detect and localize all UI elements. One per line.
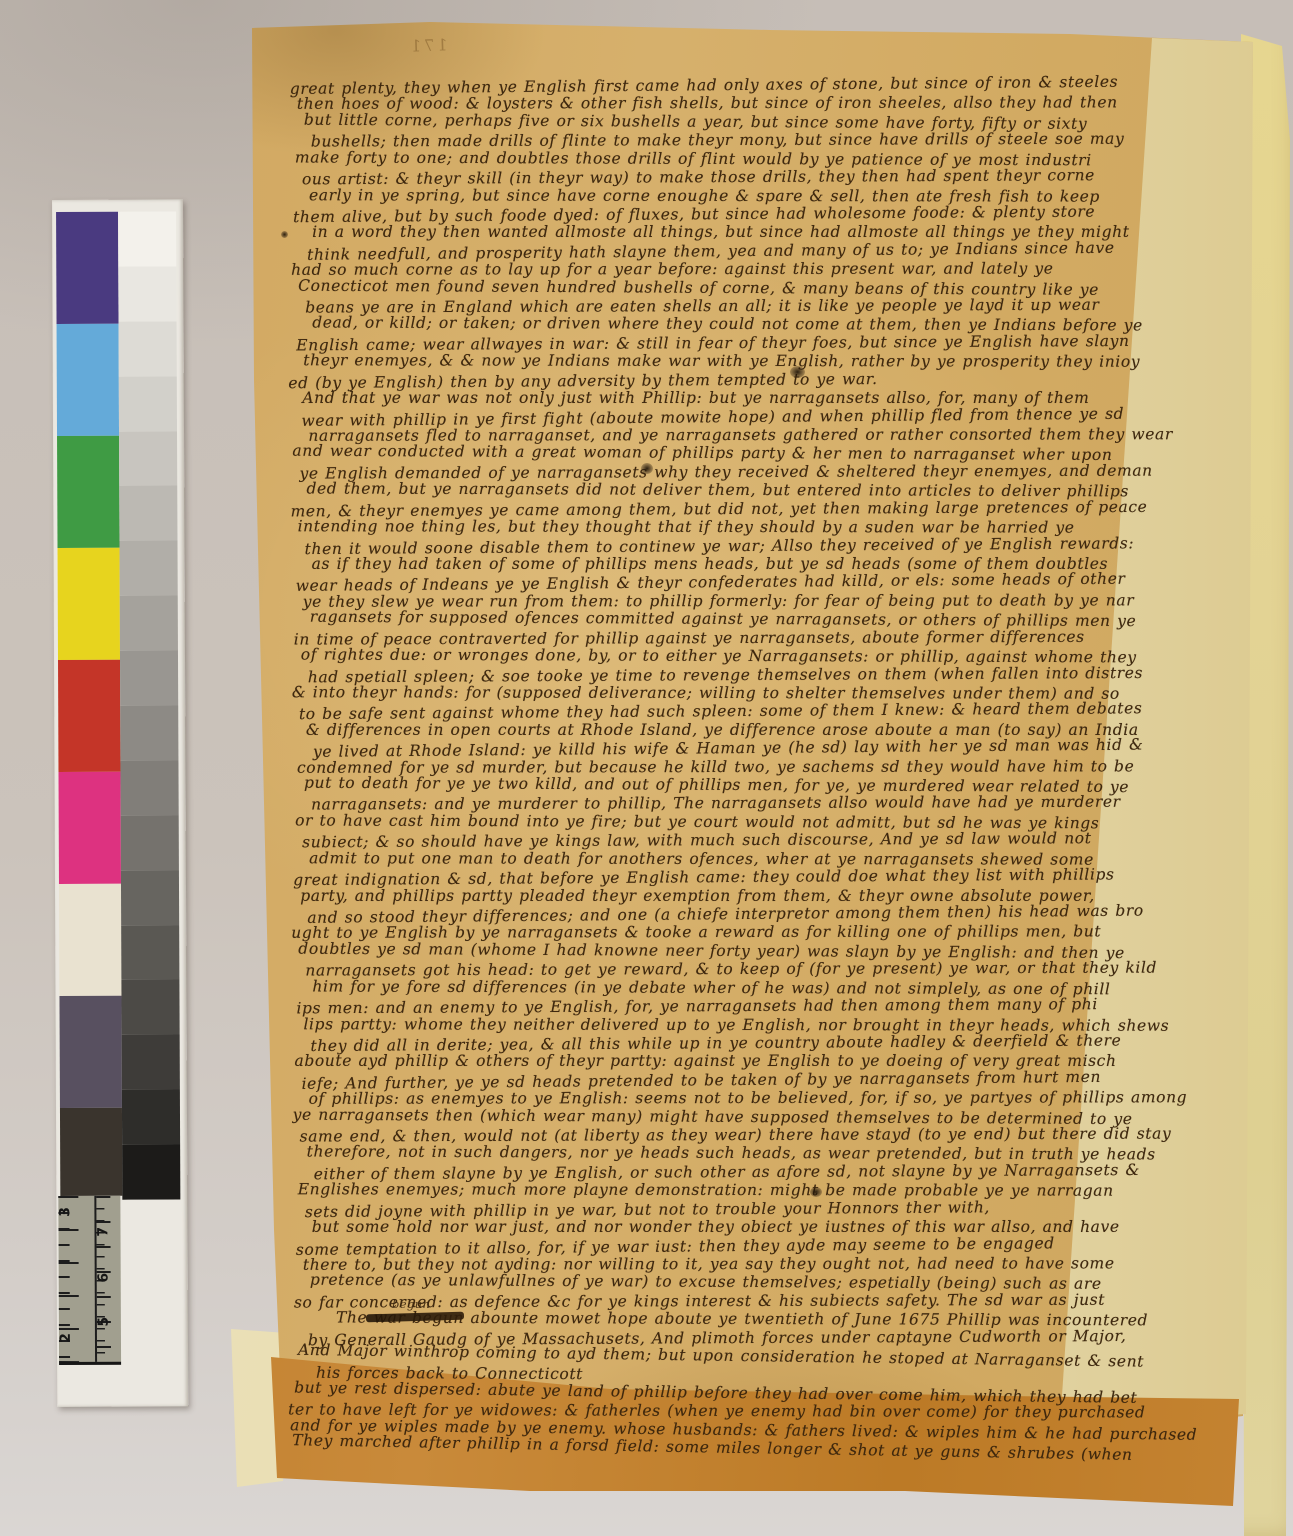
gray-step — [119, 541, 177, 596]
ink-blot — [641, 463, 653, 474]
magenta-patch — [58, 772, 120, 884]
gray-step — [121, 870, 179, 925]
grayscale-step-column — [118, 211, 180, 1199]
ruler-number: 3 — [57, 1207, 73, 1217]
gray-step — [119, 321, 177, 376]
red-patch — [58, 660, 120, 772]
slate-violet-patch — [59, 996, 121, 1108]
ruler-section: 3 2 7 6 5 — [58, 1196, 121, 1365]
ink-blot — [281, 231, 288, 238]
gray-step — [120, 705, 178, 760]
manuscript-line: great indignation & sd, that before ye E… — [293, 865, 1187, 890]
manuscript-line: of phillips: as enemyes to ye English: s… — [309, 1088, 1188, 1108]
photo-backdrop: 3 2 7 6 5 171 great plenty, they when ye… — [0, 0, 1293, 1536]
gray-step — [121, 815, 179, 870]
gray-step — [119, 376, 177, 431]
gray-step — [118, 211, 176, 266]
manuscript-line: ips men: and an enemy to ye English, for… — [296, 995, 1187, 1018]
bleedthrough-folio-number: 171 — [408, 35, 448, 55]
gray-step — [120, 760, 178, 815]
black-brown-patch — [60, 1108, 122, 1196]
gray-step — [119, 486, 177, 541]
color-calibration-target: 3 2 7 6 5 — [52, 199, 188, 1407]
gray-step — [120, 651, 178, 706]
gray-step — [119, 431, 177, 486]
gray-step — [118, 266, 176, 321]
ruler-number: 7 — [95, 1227, 111, 1237]
off-white-patch — [59, 884, 121, 996]
ruler-number: 2 — [58, 1333, 74, 1343]
color-patch-column — [56, 212, 122, 1196]
inserted-correction: begun — [392, 1297, 430, 1311]
ink-blot — [790, 366, 805, 378]
ruler-number: 5 — [96, 1317, 112, 1327]
purple-patch — [56, 212, 118, 324]
gray-step — [121, 980, 179, 1035]
ink-blot — [810, 1187, 822, 1197]
manuscript-line: ous artist: & theyr skill (in theyr way)… — [302, 166, 1186, 189]
gray-step — [121, 925, 179, 980]
green-patch — [57, 436, 119, 548]
yellow-patch — [58, 548, 120, 660]
ruler-number: 6 — [96, 1273, 112, 1283]
gray-step — [122, 1090, 180, 1145]
gray-step — [120, 596, 178, 651]
manuscript-text: great plenty, they when ye English first… — [286, 75, 1188, 1458]
light-blue-patch — [57, 324, 119, 436]
gray-step — [122, 1145, 180, 1200]
gray-step — [122, 1035, 180, 1090]
